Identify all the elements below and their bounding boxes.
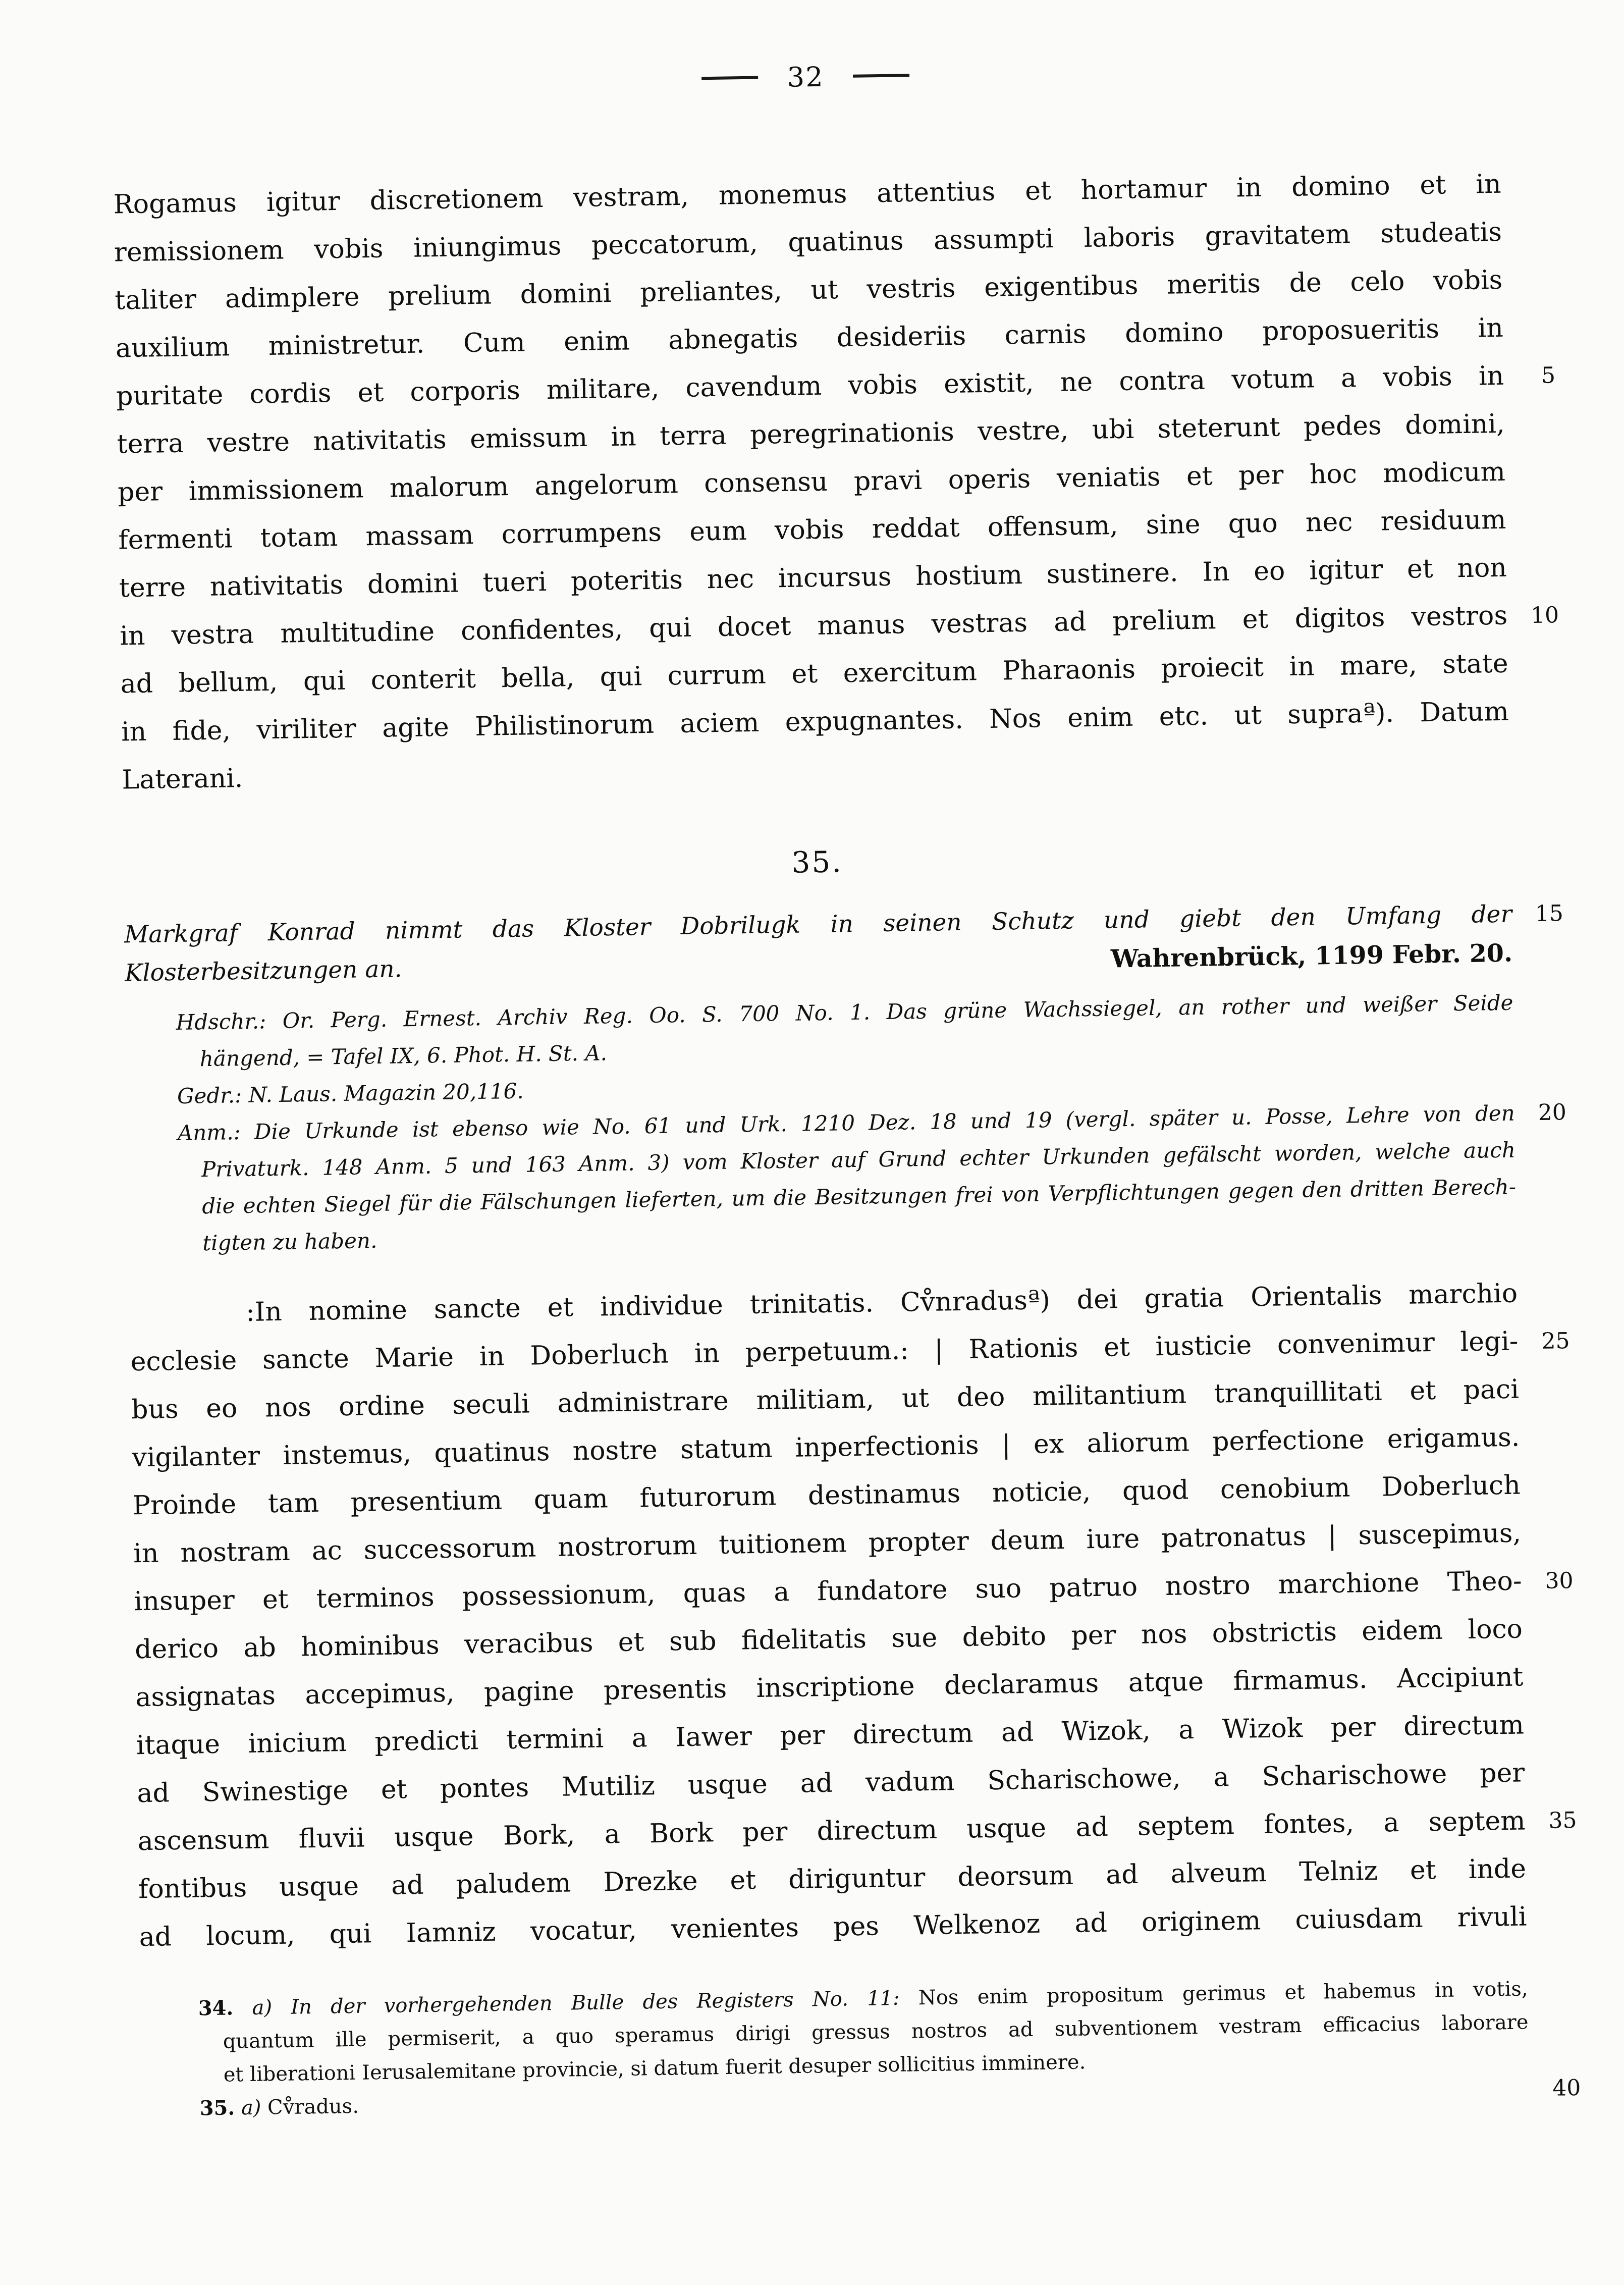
line-number: 10 xyxy=(1530,591,1559,640)
note-text: tigten zu haben. xyxy=(202,1228,377,1255)
note-text: hängend, = Tafel IX, 6. Phot. H. St. A. xyxy=(199,1040,607,1071)
line-number: 40 xyxy=(1552,2071,1581,2105)
charter-dateline: Wahrenbrück, 1199 Febr. 20. xyxy=(1110,934,1512,978)
summary-text: Klosterbesitzungen an. xyxy=(125,950,402,992)
line-number: 30 xyxy=(1545,1557,1574,1605)
line-number: 5 xyxy=(1541,351,1555,399)
page-number: 32 xyxy=(787,61,824,93)
doc35-summary: Markgraf Konrad nimmt das Kloster Dobril… xyxy=(124,895,1513,993)
line-number: 20 xyxy=(1538,1094,1566,1131)
page-header: 32 xyxy=(112,49,1500,105)
scanned-book-page: 32 Rogamus igitur discretionem vestram, … xyxy=(0,0,1624,2285)
doc34-continuation: Rogamus igitur discretionem vestram, mon… xyxy=(113,161,1510,805)
footnote-roman-text: Cv̊radus. xyxy=(267,2095,359,2119)
doc35-body: :In nomine sancte et individue trinitati… xyxy=(130,1270,1527,1962)
doc35-source-notes: Hdschr.: Or. Perg. Ernest. Archiv Reg. O… xyxy=(125,984,1517,1263)
footnote-number: 35. xyxy=(199,2096,235,2120)
footnotes: 34. a) In der vorhergehenden Bulle des R… xyxy=(140,1972,1530,2126)
line-number: 35 xyxy=(1548,1796,1577,1845)
line-text: Laterani. xyxy=(122,763,243,795)
footnote-roman-text: Nos enim propositum gerimus et habemus i… xyxy=(918,1977,1528,2009)
page-content: 32 Rogamus igitur discretionem vestram, … xyxy=(111,0,1530,2126)
line-number: 15 xyxy=(1535,894,1563,933)
doc35-heading: 35. xyxy=(123,832,1511,893)
note-text: Gedr.: N. Laus. Magazin 20,116. xyxy=(177,1079,524,1108)
header-rule-right xyxy=(853,74,909,78)
footnote-italic-text: a) In der vorhergehenden Bulle des Regis… xyxy=(252,1987,900,2020)
line-number: 25 xyxy=(1541,1317,1570,1365)
footnote-number: 34. xyxy=(198,1996,233,2020)
header-rule-left xyxy=(701,76,758,80)
footnote-italic-text: a) xyxy=(241,2096,261,2120)
